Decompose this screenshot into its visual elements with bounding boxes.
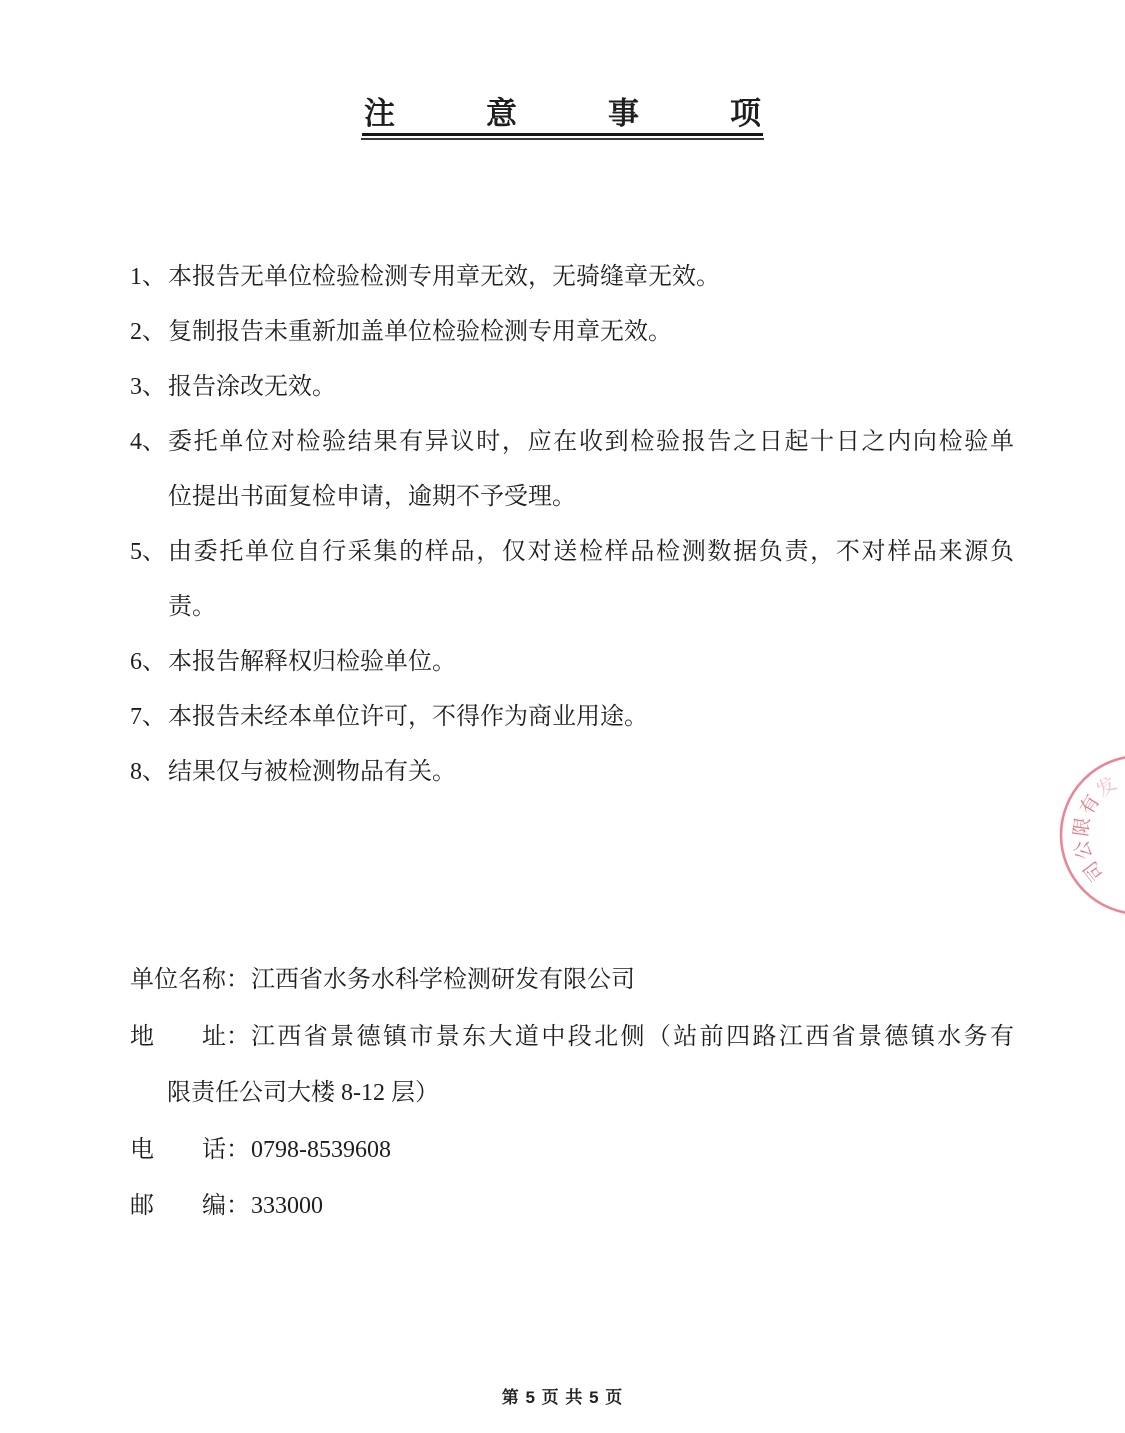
note-item: 4、委托单位对检验结果有异议时，应在收到检验报告之日起十日之内向检验单位提出书面… [130,415,1014,525]
note-line: 本报告未经本单位许可，不得作为商业用途。 [168,690,1014,745]
contact-block: 单位名称：江西省水务水科学检测研发有限公司地 址：江西省景德镇市景东大道中段北侧… [130,952,1014,1235]
contact-row-line: 单位名称：江西省水务水科学检测研发有限公司 [130,952,1014,1009]
note-number: 7、 [130,690,168,745]
page-title-char: 项 [730,97,761,130]
note-item: 1、本报告无单位检验检测专用章无效，无骑缝章无效。 [130,250,1014,305]
note-line: 结果仅与被检测物品有关。 [168,745,1014,800]
note-text: 复制报告未重新加盖单位检验检测专用章无效。 [168,305,1014,360]
note-line: 报告涂改无效。 [168,360,1014,415]
note-line: 位提出书面复检申请，逾期不予受理。 [168,470,1014,525]
contact-label: 邮 编： [130,1178,251,1235]
note-number: 2、 [130,305,168,360]
note-number: 5、 [130,525,168,635]
page-title-row: 注意事项 [0,97,1125,136]
seal-chars: 发有限公司 [1070,773,1121,886]
note-item: 6、本报告解释权归检验单位。 [130,635,1014,690]
note-text: 由委托单位自行采集的样品，仅对送检样品检测数据负责，不对样品来源负责。 [168,525,1014,635]
note-line: 复制报告未重新加盖单位检验检测专用章无效。 [168,305,1014,360]
note-text: 报告涂改无效。 [168,360,1014,415]
contact-value-continuation: 限责任公司大楼 8-12 层） [130,1065,1014,1122]
note-number: 8、 [130,745,168,800]
page-title-char: 注 [364,97,395,130]
note-line: 由委托单位自行采集的样品，仅对送检样品检测数据负责，不对样品来源负 [168,525,1014,580]
note-text: 本报告解释权归检验单位。 [168,635,1014,690]
contact-row: 地 址：江西省景德镇市景东大道中段北侧（站前四路江西省景德镇水务有限责任公司大楼… [130,1009,1014,1122]
page-title-char: 意 [486,97,517,130]
note-line: 委托单位对检验结果有异议时，应在收到检验报告之日起十日之内向检验单 [168,415,1014,470]
contact-row: 单位名称：江西省水务水科学检测研发有限公司 [130,952,1014,1009]
contact-value: 0798-8539608 [251,1122,1014,1179]
document-page: 注意事项 1、本报告无单位检验检测专用章无效，无骑缝章无效。2、复制报告未重新加… [0,0,1125,1433]
note-line: 本报告解释权归检验单位。 [168,635,1014,690]
note-number: 6、 [130,635,168,690]
contact-row-line: 电 话：0798-8539608 [130,1122,1014,1179]
contact-row: 电 话：0798-8539608 [130,1122,1014,1179]
note-text: 结果仅与被检测物品有关。 [168,745,1014,800]
note-number: 4、 [130,415,168,525]
seal-char: 司 [1079,857,1108,886]
contact-label: 电 话： [130,1122,251,1179]
note-text: 委托单位对检验结果有异议时，应在收到检验报告之日起十日之内向检验单位提出书面复检… [168,415,1014,525]
note-item: 2、复制报告未重新加盖单位检验检测专用章无效。 [130,305,1014,360]
contact-label: 地 址： [130,1009,251,1066]
company-seal-stamp: 发有限公司 [1055,750,1125,918]
page-footer: 第 5 页 共 5 页 [0,1383,1125,1408]
note-item: 3、报告涂改无效。 [130,360,1014,415]
note-line: 本报告无单位检验检测专用章无效，无骑缝章无效。 [168,250,1014,305]
seal-char: 发 [1092,773,1120,802]
note-text: 本报告无单位检验检测专用章无效，无骑缝章无效。 [168,250,1014,305]
note-item: 8、结果仅与被检测物品有关。 [130,745,1014,800]
page-title-char: 事 [608,97,639,130]
contact-row-line: 地 址：江西省景德镇市景东大道中段北侧（站前四路江西省景德镇水务有 [130,1009,1014,1066]
contact-row-line: 邮 编：333000 [130,1178,1014,1235]
notes-list: 1、本报告无单位检验检测专用章无效，无骑缝章无效。2、复制报告未重新加盖单位检验… [130,250,1014,800]
contact-value: 江西省水务水科学检测研发有限公司 [251,952,1014,1009]
contact-label: 单位名称： [130,952,251,1009]
page-title: 注意事项 [362,97,763,136]
contact-row: 邮 编：333000 [130,1178,1014,1235]
note-number: 1、 [130,250,168,305]
note-text: 本报告未经本单位许可，不得作为商业用途。 [168,690,1014,745]
contact-value: 333000 [251,1178,1014,1235]
contact-value: 江西省景德镇市景东大道中段北侧（站前四路江西省景德镇水务有 [251,1009,1014,1066]
note-line: 责。 [168,580,1014,635]
seal-char: 公 [1071,838,1096,862]
seal-char: 限 [1070,816,1094,838]
note-item: 5、由委托单位自行采集的样品，仅对送检样品检测数据负责，不对样品来源负责。 [130,525,1014,635]
note-number: 3、 [130,360,168,415]
note-item: 7、本报告未经本单位许可，不得作为商业用途。 [130,690,1014,745]
